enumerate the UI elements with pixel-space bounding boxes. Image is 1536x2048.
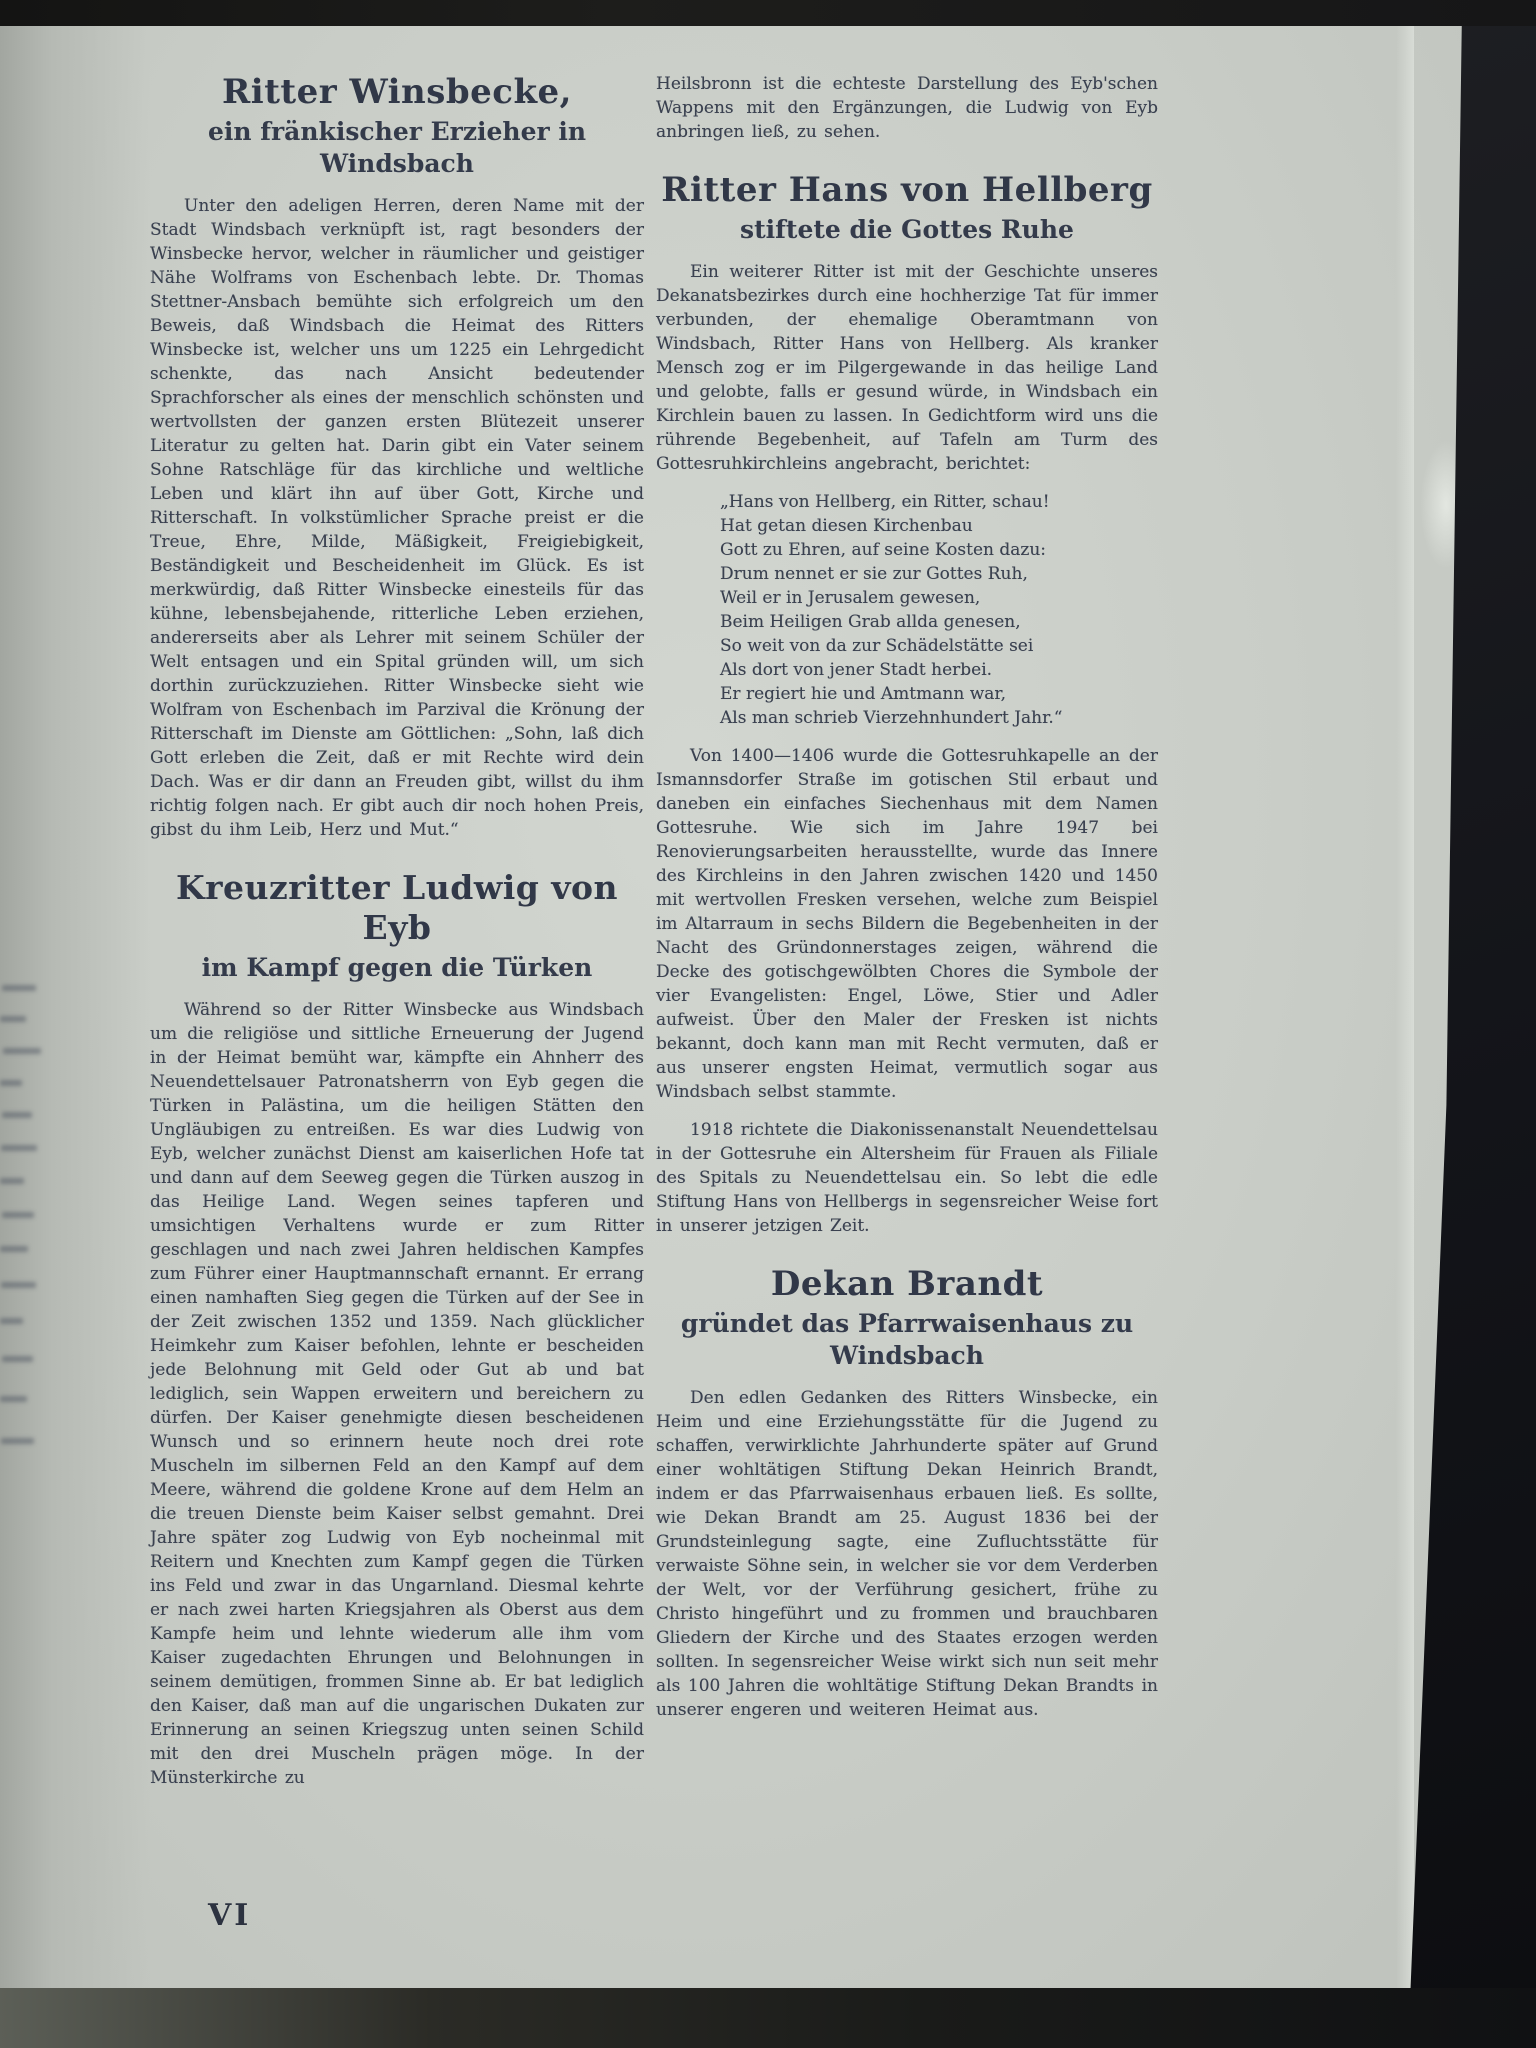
article-subtitle: ein fränkischer Erzieher in Windsbach [150, 116, 644, 180]
bleed-mark [0, 1246, 28, 1252]
bleed-mark [2, 1112, 32, 1118]
poem-line: Weil er in Jerusalem gewesen, [720, 586, 1158, 610]
bleed-mark [0, 1178, 24, 1184]
bleed-mark [2, 985, 36, 991]
bleed-mark [0, 1318, 23, 1324]
paragraph: Von 1400—1406 wurde die Gottesruhkapelle… [656, 744, 1158, 1104]
poem-line: Drum nennet er sie zur Gottes Ruh, [720, 562, 1158, 586]
bleed-mark [0, 1016, 26, 1022]
article-header-ludwig-von-eyb: Kreuzritter Ludwig von Eyb im Kampf gege… [150, 868, 644, 984]
scanned-book-page: Ritter Winsbecke, ein fränkischer Erzieh… [0, 0, 1536, 2048]
page-right-edge-highlight [1396, 26, 1414, 1988]
paragraph: 1918 richtete die Diakonissenanstalt Neu… [656, 1118, 1158, 1238]
article-header-hans-von-hellberg: Ritter Hans von Hellberg stiftete die Go… [656, 170, 1158, 246]
bleed-mark [2, 1212, 34, 1218]
poem-line: Er regiert hie und Amtmann war, [720, 682, 1158, 706]
bleed-mark [1, 1438, 34, 1444]
left-column: Ritter Winsbecke, ein fränkischer Erzieh… [150, 72, 644, 1794]
page-number: VI [208, 1898, 251, 1933]
poem-line: „Hans von Hellberg, ein Ritter, schau! [720, 490, 1158, 514]
article-title: Dekan Brandt [656, 1264, 1158, 1304]
article-header-winsbecke: Ritter Winsbecke, ein fränkischer Erzieh… [150, 72, 644, 180]
poem-line: Als dort von jener Stadt herbei. [720, 658, 1158, 682]
article-title: Ritter Hans von Hellberg [656, 170, 1158, 210]
article-subtitle: stiftete die Gottes Ruhe [656, 214, 1158, 246]
bleed-mark [2, 1356, 33, 1362]
bleed-mark [1, 1282, 36, 1288]
photo-border-bottom [0, 1988, 1536, 2048]
paragraph: Ein weiterer Ritter ist mit der Geschich… [656, 260, 1158, 476]
article-subtitle: im Kampf gegen die Türken [150, 952, 644, 984]
page-left-edge-shadow [0, 26, 150, 1988]
bleed-mark [0, 1080, 22, 1086]
article-title: Kreuzritter Ludwig von Eyb [150, 868, 644, 948]
article-title: Ritter Winsbecke, [150, 72, 644, 112]
photo-border-right [1408, 26, 1536, 1988]
article-subtitle: gründet das Pfarrwaisenhaus zu Windsbach [656, 1308, 1158, 1372]
bleed-mark [3, 1048, 41, 1054]
poem-line: Gott zu Ehren, auf seine Kosten dazu: [720, 538, 1158, 562]
right-column: Heilsbronn ist die echteste Darstellung … [656, 72, 1158, 1726]
bleed-mark [1, 1145, 37, 1151]
paragraph: Während so der Ritter Winsbecke aus Wind… [150, 998, 644, 1790]
continuation-paragraph: Heilsbronn ist die echteste Darstellung … [656, 72, 1158, 144]
poem-line: So weit von da zur Schädelstätte sei [720, 634, 1158, 658]
bleed-mark [0, 1396, 27, 1402]
poem-line: Hat getan diesen Kirchenbau [720, 514, 1158, 538]
paragraph: Den edlen Gedanken des Ritters Winsbecke… [656, 1386, 1158, 1722]
photo-border-top [0, 0, 1536, 26]
poem-hans-von-hellberg: „Hans von Hellberg, ein Ritter, schau! H… [720, 490, 1158, 730]
poem-line: Als man schrieb Vierzehnhundert Jahr.“ [720, 706, 1158, 730]
paragraph: Unter den adeligen Herren, deren Name mi… [150, 194, 644, 842]
article-header-dekan-brandt: Dekan Brandt gründet das Pfarrwaisenhaus… [656, 1264, 1158, 1372]
poem-line: Beim Heiligen Grab allda genesen, [720, 610, 1158, 634]
